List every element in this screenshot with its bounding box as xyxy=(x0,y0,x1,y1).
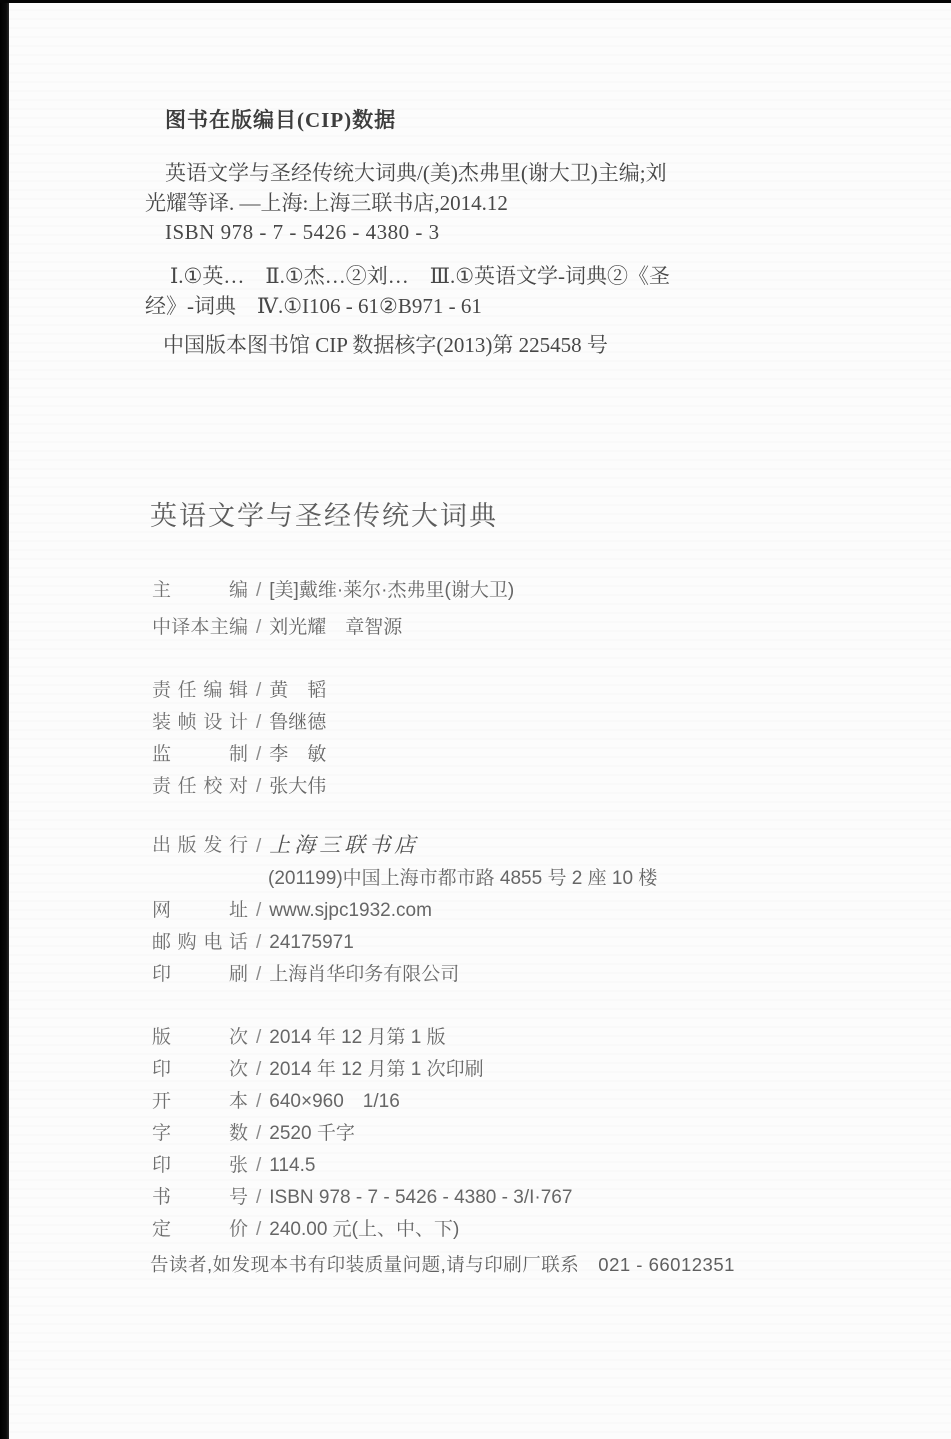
impression-row: 印 次/2014 年 12 月第 1 次印刷 xyxy=(152,1059,572,1080)
row-separator: / xyxy=(256,1219,261,1240)
cip-record-line1: 英语文学与圣经传统大词典/(美)杰弗里(谢大卫)主编;刘 xyxy=(165,161,667,185)
sheets-row: 印 张/114.5 xyxy=(152,1155,572,1176)
row-label: 主 编 xyxy=(152,580,248,601)
website-row: 网 址/www.sjpc1932.com xyxy=(152,900,657,921)
row-value: 2014 年 12 月第 1 版 xyxy=(269,1027,445,1048)
translation-editor-row: 中译本主编/刘光耀 章智源 xyxy=(152,617,514,638)
row-separator: / xyxy=(256,1155,261,1176)
row-label: 开 本 xyxy=(152,1091,248,1112)
row-separator: / xyxy=(256,776,261,797)
binding-designer-row: 装 帧 设 计/鲁继德 xyxy=(152,712,326,733)
row-separator: / xyxy=(256,1091,261,1112)
printer-row: 印 刷/上海肖华印务有限公司 xyxy=(152,964,657,985)
row-separator: / xyxy=(256,1123,261,1144)
row-value: [美]戴维·莱尔·杰弗里(谢大卫) xyxy=(269,580,514,601)
row-label: 出 版 发 行 xyxy=(152,835,248,856)
website-url: www.sjpc1932.com xyxy=(269,900,432,921)
row-value: ISBN 978 - 7 - 5426 - 4380 - 3/I·767 xyxy=(269,1187,572,1208)
word-count-row: 字 数/2520 千字 xyxy=(152,1123,572,1144)
book-title: 英语文学与圣经传统大词典 xyxy=(150,494,498,533)
book-number-row: 书 号/ISBN 978 - 7 - 5426 - 4380 - 3/I·767 xyxy=(152,1187,572,1208)
cip-classification-line1: Ⅰ.①英… Ⅱ.①杰…②刘… Ⅲ.①英语文学-词典②《圣 xyxy=(170,264,670,288)
mail-order-phone-row: 邮 购 电 话/24175971 xyxy=(152,932,657,953)
cip-isbn: ISBN 978 - 7 - 5426 - 4380 - 3 xyxy=(165,220,440,245)
row-label: 装 帧 设 计 xyxy=(152,712,248,733)
cip-record-line2: 光耀等译. —上海:上海三联书店,2014.12 xyxy=(145,191,508,215)
row-value: 刘光耀 章智源 xyxy=(269,617,402,638)
responsible-editor-row: 责 任 编 辑/黄 韬 xyxy=(152,680,326,701)
row-label: 中译本主编 xyxy=(152,617,248,638)
row-separator: / xyxy=(256,617,261,638)
row-label: 版 次 xyxy=(152,1027,248,1048)
row-separator: / xyxy=(256,680,261,701)
chief-editor-row: 主 编/[美]戴维·莱尔·杰弗里(谢大卫) xyxy=(152,580,514,601)
cip-registry-number: 中国版本图书馆 CIP 数据核字(2013)第 225458 号 xyxy=(163,329,608,359)
row-separator: / xyxy=(256,744,261,765)
staff-section: 责 任 编 辑/黄 韬 装 帧 设 计/鲁继德 监 制/李 敏 责 任 校 对/… xyxy=(152,680,326,808)
row-label: 邮 购 电 话 xyxy=(152,932,248,953)
row-separator: / xyxy=(256,1059,261,1080)
row-label: 网 址 xyxy=(152,900,248,921)
row-label: 书 号 xyxy=(152,1187,248,1208)
cip-classification: Ⅰ.①英… Ⅱ.①杰…②刘… Ⅲ.①英语文学-词典②《圣 经》-词典 Ⅳ.①I1… xyxy=(145,261,905,321)
publisher-section: 出 版 发 行/上海三联书店 (201199)中国上海市都市路 4855 号 2… xyxy=(152,835,657,996)
row-label: 监 制 xyxy=(152,744,248,765)
scan-top-edge xyxy=(0,0,951,3)
proofreader-row: 责 任 校 对/张大伟 xyxy=(152,776,326,797)
row-separator: / xyxy=(256,964,261,985)
editors-section: 主 编/[美]戴维·莱尔·杰弗里(谢大卫) 中译本主编/刘光耀 章智源 xyxy=(152,580,514,654)
row-separator: / xyxy=(256,836,261,857)
row-value: 黄 韬 xyxy=(269,680,326,701)
quality-notice: 告读者,如发现本书有印装质量问题,请与印刷厂联系 021 - 66012351 xyxy=(150,1251,735,1277)
row-label: 印 刷 xyxy=(152,964,248,985)
cip-classification-line2: 经》-词典 Ⅳ.①I106 - 61②B971 - 61 xyxy=(145,294,482,318)
supervisor-row: 监 制/李 敏 xyxy=(152,744,326,765)
publisher-address: (201199)中国上海市都市路 4855 号 2 座 10 楼 xyxy=(268,868,657,889)
row-separator: / xyxy=(256,712,261,733)
cip-heading: 图书在版编目(CIP)数据 xyxy=(165,104,396,134)
copyright-page: 图书在版编目(CIP)数据 英语文学与圣经传统大词典/(美)杰弗里(谢大卫)主编… xyxy=(0,0,951,1439)
row-label: 定 价 xyxy=(152,1219,248,1240)
printing-section: 版 次/2014 年 12 月第 1 版 印 次/2014 年 12 月第 1 … xyxy=(152,1027,572,1251)
publisher-address-row: (201199)中国上海市都市路 4855 号 2 座 10 楼 xyxy=(152,868,657,889)
row-separator: / xyxy=(256,1027,261,1048)
edition-row: 版 次/2014 年 12 月第 1 版 xyxy=(152,1027,572,1048)
scan-spine-bar xyxy=(0,0,9,1439)
row-label: 责 任 编 辑 xyxy=(152,680,248,701)
row-value: 李 敏 xyxy=(269,744,326,765)
printer-name: 上海肖华印务有限公司 xyxy=(269,964,459,985)
row-label: 印 张 xyxy=(152,1155,248,1176)
cip-record: 英语文学与圣经传统大词典/(美)杰弗里(谢大卫)主编;刘 光耀等译. —上海:上… xyxy=(145,158,905,218)
mail-order-phone: 24175971 xyxy=(269,932,354,953)
distribution-row: 出 版 发 行/上海三联书店 xyxy=(152,835,657,857)
row-separator: / xyxy=(256,580,261,601)
row-separator: / xyxy=(256,932,261,953)
row-label: 字 数 xyxy=(152,1123,248,1144)
row-value: 240.00 元(上、中、下) xyxy=(269,1219,459,1240)
row-value: 114.5 xyxy=(269,1155,315,1176)
row-separator: / xyxy=(256,1187,261,1208)
format-row: 开 本/640×960 1/16 xyxy=(152,1091,572,1112)
publisher-logotype: 上海三联书店 xyxy=(269,833,419,857)
row-separator: / xyxy=(256,900,261,921)
row-value: 2520 千字 xyxy=(269,1123,355,1144)
row-value: 640×960 1/16 xyxy=(269,1091,399,1112)
row-label: 印 次 xyxy=(152,1059,248,1080)
row-label: 责 任 校 对 xyxy=(152,776,248,797)
row-value: 鲁继德 xyxy=(269,712,326,733)
price-row: 定 价/240.00 元(上、中、下) xyxy=(152,1219,572,1240)
row-value: 2014 年 12 月第 1 次印刷 xyxy=(269,1059,483,1080)
row-value: 张大伟 xyxy=(269,776,326,797)
